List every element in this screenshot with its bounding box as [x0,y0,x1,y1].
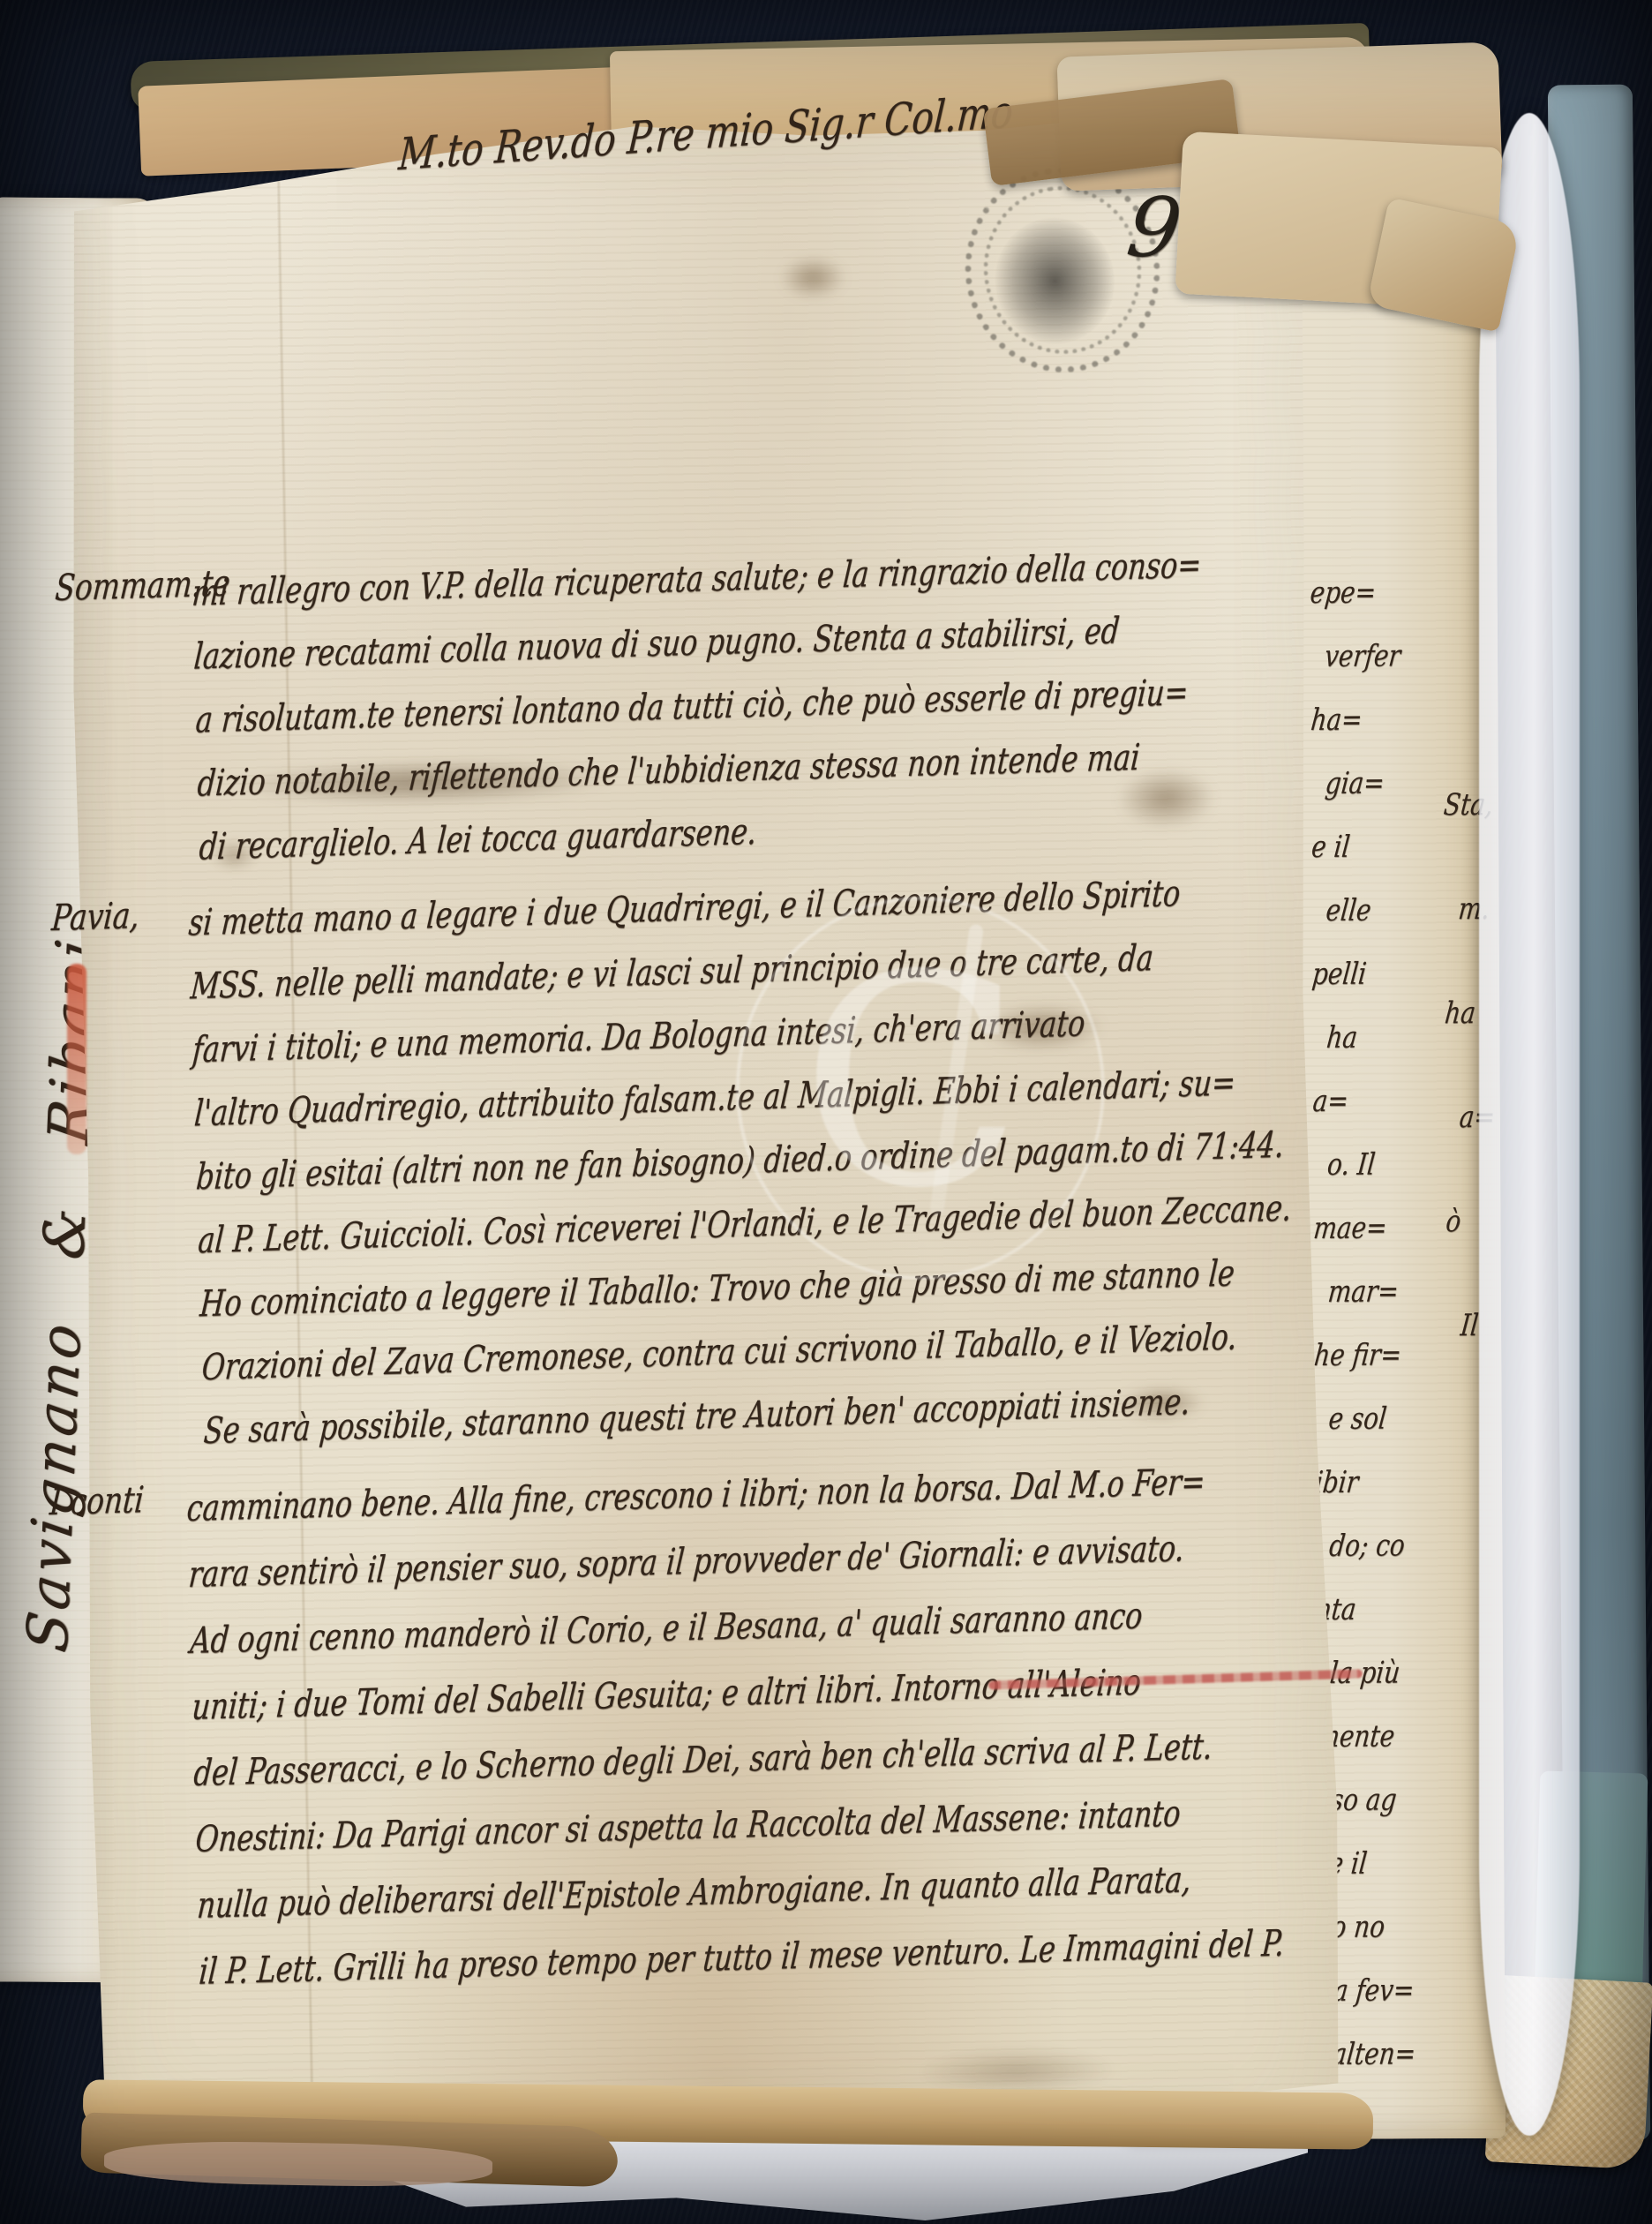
red-wax-mark [67,964,86,1154]
edge-text-fragment: pelli [1310,942,1461,1006]
edge-text-fragment: e il [1309,815,1460,879]
edge-text-fragment: ibir [1312,1450,1463,1514]
edge-text-fragment: elle [1323,878,1462,943]
ink-smudge [957,994,1126,1062]
ink-smudge [1100,756,1234,840]
foxing-spot [203,836,266,875]
manuscript-page [60,101,1344,2153]
edge-text-fragment: e sol [1325,1386,1465,1451]
edge-text-fragment: o. Il [1325,1132,1464,1197]
ink-smudge [177,749,672,816]
edge-text-fragment: ha= [1308,687,1459,752]
edge-text-fragment: gia= [1322,751,1461,815]
edge-text-fragment: nta [1312,1577,1463,1642]
edge-text-fragment: he fir= [1311,1323,1462,1387]
edge-text-fragment: alten= [1329,2022,1468,2086]
ink-smudge [769,248,858,308]
edge-text-fragment: epe= [1307,560,1458,625]
edge-text-fragment: mente [1313,1704,1464,1769]
edge-text-fragment: o no [1328,1895,1468,1959]
edge-text-fragment: so ag [1327,1768,1467,1832]
tissue-interleaf-right [1479,113,1580,2136]
page-fold-crease [275,118,315,2150]
edge-text-fragment: do; co [1326,1514,1466,1578]
edge-text-fragment: a= [1310,1069,1461,1133]
ink-smudge [1104,1379,1220,1428]
manuscript-photo: epe=verferha=gia=e ilellepellihaa=o. Ilm… [0,0,1652,2224]
edge-text-fragment: verfer [1322,624,1461,688]
edge-text-fragment: mae= [1310,1196,1461,1260]
